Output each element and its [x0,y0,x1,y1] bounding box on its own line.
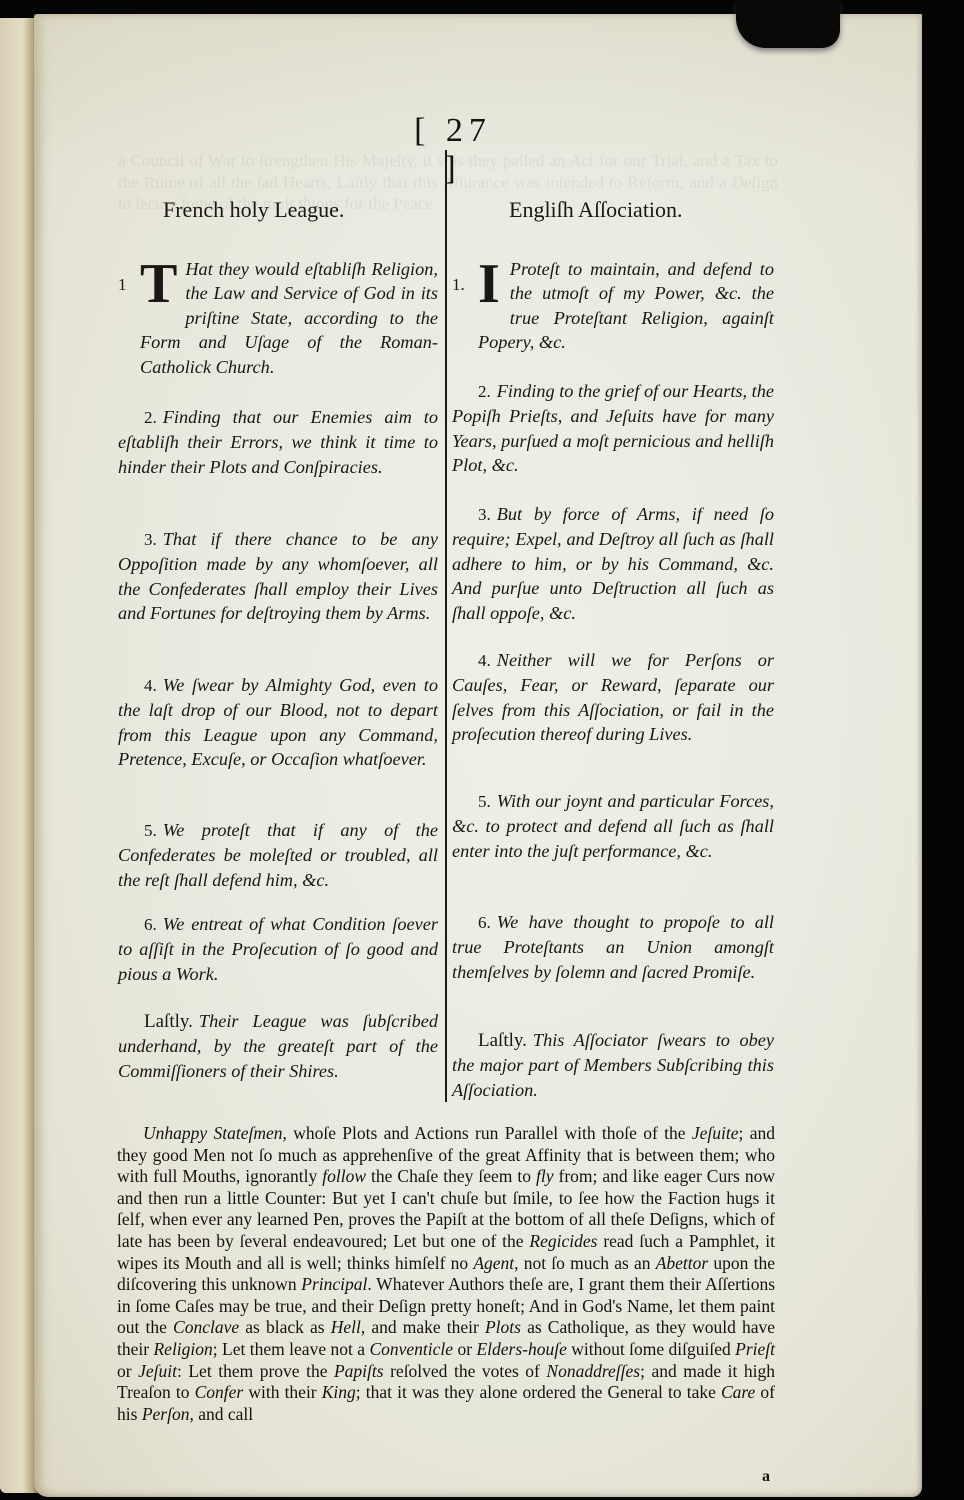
right-article-4: 4.Neither will we for Perſons or Cauſes,… [452,648,774,747]
prose-italic-run: Principal [301,1274,367,1294]
article-number: 3. [478,505,491,524]
prose-italic-run: Hell [331,1317,361,1337]
article-lead-word: Laſtly. [144,1011,193,1032]
article-number: 6. [144,915,157,934]
article-number: 1. [452,273,465,297]
right-article-6: 6.We have thought to propoſe to all true… [452,910,774,984]
article-text: We proteſt that if any of the Confederat… [118,820,438,890]
prose-run: with their [243,1382,322,1402]
left-article-4: 4.We ſwear by Almighty God, even to the … [118,673,438,772]
page-number: [ 27 ] [407,112,499,188]
prose-italic-run: Perſon [142,1404,190,1424]
left-article-3: 3.That if there chance to be any Oppoſit… [118,527,438,626]
article-text: That if there chance to be any Oppoſitio… [118,529,438,623]
article-number: 3. [144,530,157,549]
drop-cap: I [478,261,500,307]
article-number: 2. [478,382,491,401]
prose-italic-run: Plots [485,1317,521,1337]
prose-run: as black as [239,1317,331,1337]
article-text: Finding to the grief of our Hearts, the … [452,381,774,475]
prose-run: , and make their [361,1317,485,1337]
article-text: With our joynt and particular Forces, &c… [452,791,774,861]
prose-italic-run: Religion [153,1339,212,1359]
article-number: 2. [144,408,157,427]
prose-run: reſolved the votes of [384,1361,547,1381]
article-number: 4. [144,676,157,695]
prose-italic-run: Nonaddreſſes [546,1361,640,1381]
column-divider [445,150,447,1102]
right-article-2: 2.Finding to the grief of our Hearts, th… [452,379,774,478]
previous-page-edge [0,18,38,1493]
page-clip-shadow [736,0,840,48]
prose-run: without ſome diſguiſed [567,1339,735,1359]
article-text: But by force of Arms, if need ſo require… [452,504,774,623]
commentary-paragraph: Unhappy Stateſmen, whoſe Plots and Actio… [117,1123,775,1425]
article-number: 6. [478,913,491,932]
prose-italic-run: Prieſt [735,1339,775,1359]
right-article-1: 1. I Proteſt to maintain, and defend to … [452,257,774,355]
article-number: 5. [144,821,157,840]
article-text: Neither will we for Perſons or Cauſes, F… [452,650,774,744]
article-text: We have thought to propoſe to all true P… [452,912,774,982]
article-text: Proteſt to maintain, and defend to the u… [478,259,774,352]
right-article-5: 5.With our joynt and particular Forces, … [452,789,774,863]
prose-run: ; Let them leave not a [213,1339,370,1359]
article-text: We ſwear by Almighty God, even to the la… [118,675,438,769]
prose-italic-run: Confer [195,1382,244,1402]
article-number: 5. [478,792,491,811]
prose-run: ; that it was they alone ordered the Gen… [356,1382,721,1402]
prose-italic-run: Conclave [173,1317,239,1337]
prose-run: , and call [189,1404,253,1424]
right-article-lastly: Laſtly.This Aſſociator ſwears to obey th… [452,1028,774,1102]
prose-italic-run: Elders-houſe [476,1339,566,1359]
prose-italic-run: follow [322,1166,366,1186]
left-column-heading: French holy League. [163,197,344,223]
prose-italic-run: King [322,1382,356,1402]
prose-italic-run: Unhappy Stateſmen [143,1123,283,1143]
left-article-lastly: Laſtly.Their League was ſubſcribed under… [118,1009,438,1083]
left-article-5: 5.We proteſt that if any of the Confeder… [118,818,438,892]
article-number: 4. [478,651,491,670]
prose-run: , not ſo much as an [514,1253,656,1273]
prose-run: , whoſe Plots and Actions run Parallel w… [283,1123,692,1143]
prose-italic-run: Conventicle [369,1339,453,1359]
prose-italic-run: Regicides [529,1231,597,1251]
article-text: We entreat of what Condition ſoever to a… [118,914,438,984]
right-article-3: 3.But by force of Arms, if need ſo requi… [452,502,774,625]
catchword: a [762,1468,770,1486]
prose-italic-run: Jeſuite [692,1123,739,1143]
prose-run: : Let them prove the [177,1361,334,1381]
prose-run: or [117,1361,138,1381]
article-number: 1 [118,273,127,297]
prose-italic-run: Abettor [656,1253,709,1273]
drop-cap: T [140,261,177,307]
prose-italic-run: Care [721,1382,755,1402]
prose-italic-run: Papiſts [334,1361,384,1381]
prose-italic-run: Agent [473,1253,514,1273]
right-column-heading: Engliſh Aſſociation. [509,197,683,223]
prose-run: the Chaſe they ſeem to [366,1166,536,1186]
left-article-1: 1 T Hat they would eſtabliſh Religion, t… [118,257,438,379]
left-article-6: 6.We entreat of what Condition ſoever to… [118,912,438,986]
prose-run: or [453,1339,476,1359]
prose-italic-run: Jeſuit [138,1361,177,1381]
left-article-2: 2.Finding that our Enemies aim to eſtabl… [118,405,438,479]
article-text: Hat they would eſtabliſh Religion, the L… [140,259,438,377]
prose-italic-run: fly [536,1166,554,1186]
article-lead-word: Laſtly. [478,1030,527,1051]
article-text: Finding that our Enemies aim to eſtabliſ… [118,407,438,477]
